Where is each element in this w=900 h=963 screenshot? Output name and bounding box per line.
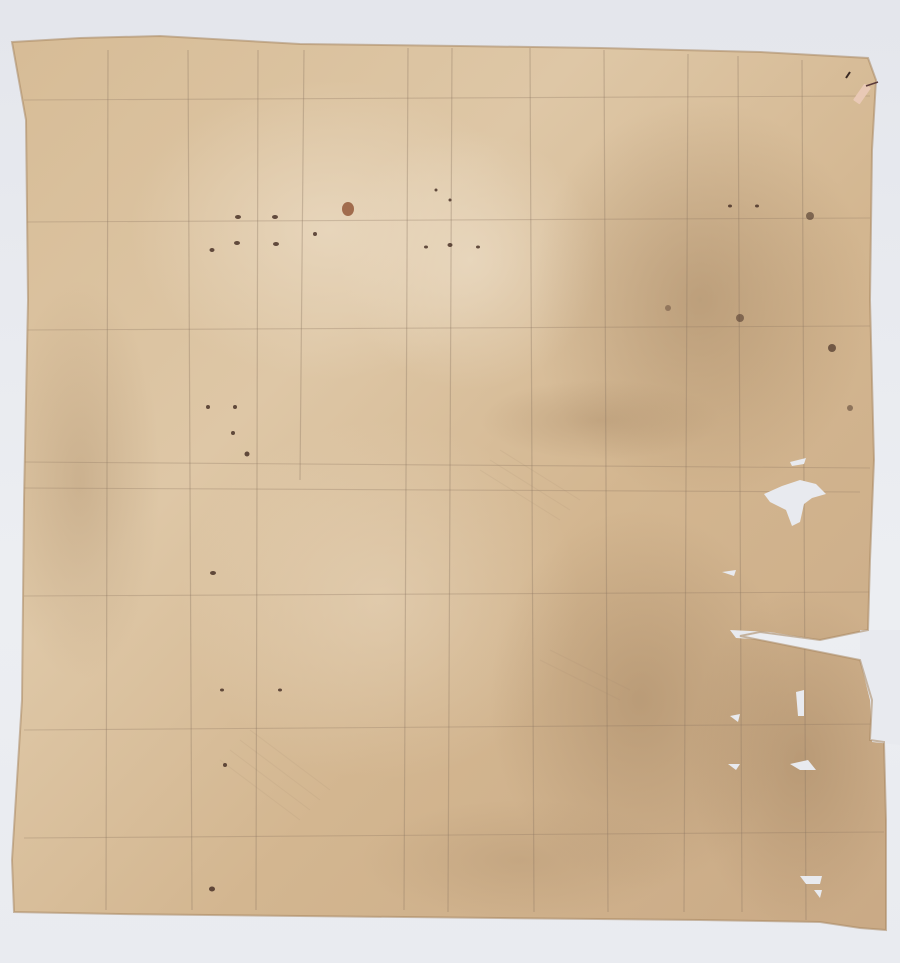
bark-cloth xyxy=(0,0,900,963)
